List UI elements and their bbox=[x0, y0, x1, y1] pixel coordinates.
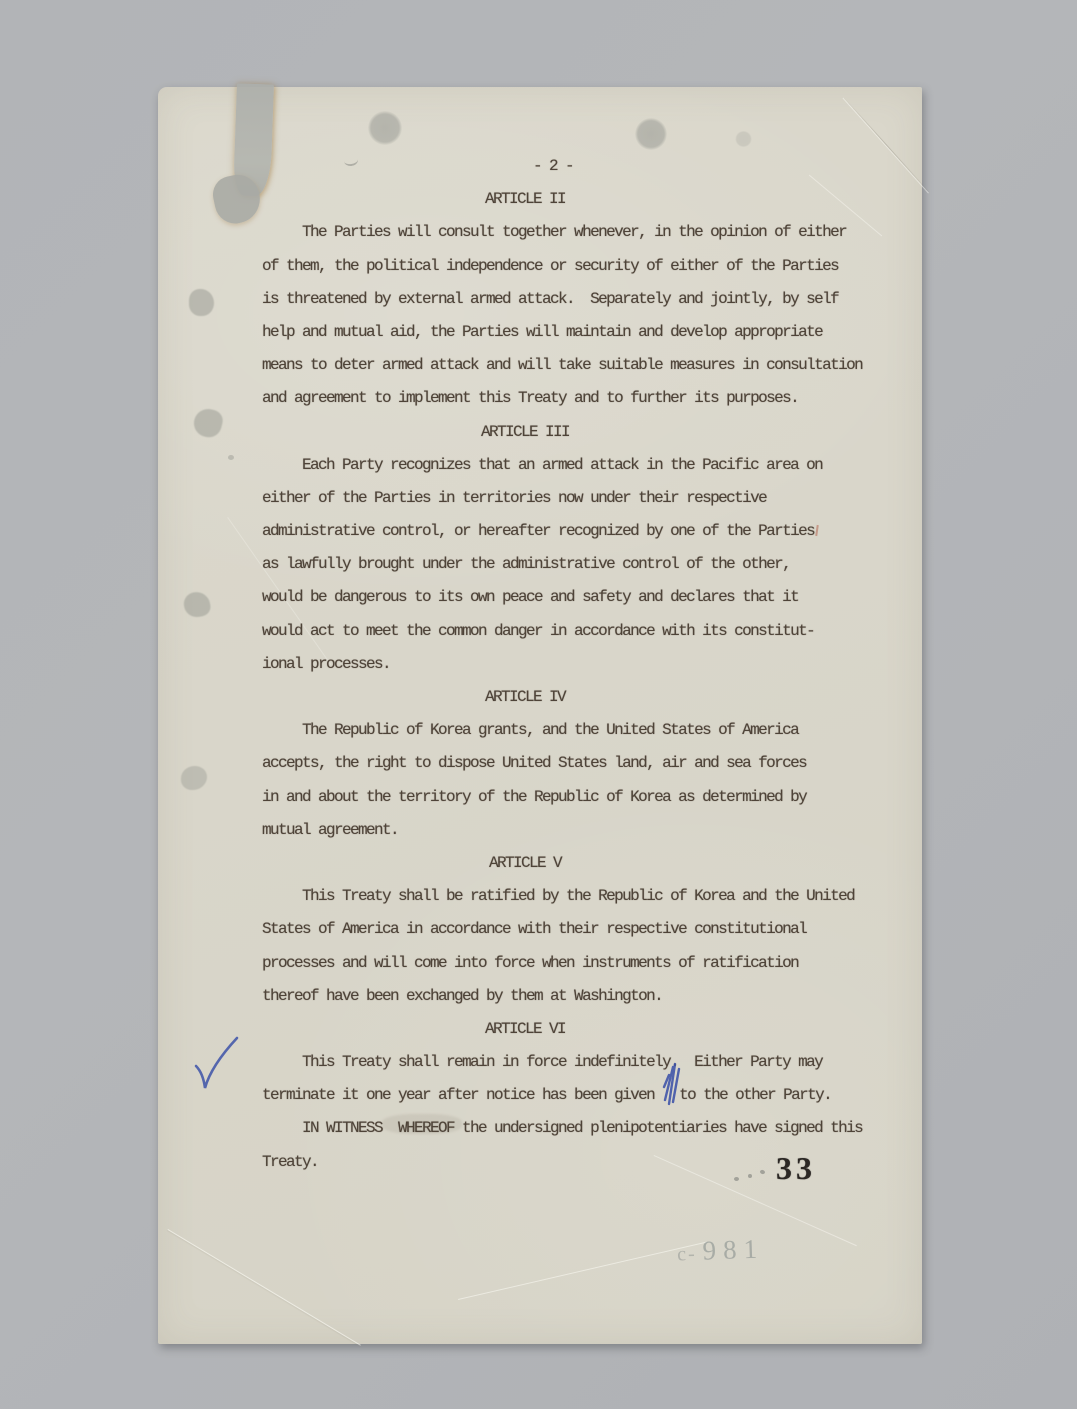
text-line: of them, the political independence or s… bbox=[158, 250, 922, 283]
faint-stamp-number: 981 bbox=[702, 1233, 765, 1265]
document-page: - 2 - ARTICLE II The Parties will consul… bbox=[158, 87, 922, 1344]
small-smudge bbox=[735, 131, 752, 147]
article-iii-heading: ARTICLE III bbox=[158, 416, 922, 449]
text-line: in and about the territory of the Republ… bbox=[158, 781, 922, 814]
text-line: means to deter armed attack and will tak… bbox=[158, 349, 922, 382]
faint-stamp-prefix: c- bbox=[677, 1243, 697, 1266]
text-line: States of America in accordance with the… bbox=[158, 913, 922, 946]
text-line: The Parties will consult together whenev… bbox=[158, 216, 922, 249]
text-line-with-ink-mark: terminate it one year after notice has b… bbox=[158, 1079, 922, 1112]
text-line: either of the Parties in territories now… bbox=[158, 482, 922, 515]
text-line: help and mutual aid, the Parties will ma… bbox=[158, 316, 922, 349]
crease-line bbox=[167, 1229, 360, 1346]
text-line: This Treaty shall remain in force indefi… bbox=[158, 1046, 922, 1079]
punch-hole-left bbox=[368, 111, 402, 145]
typewritten-text-column: - 2 - ARTICLE II The Parties will consul… bbox=[158, 150, 922, 1179]
text-line: mutual agreement. bbox=[158, 814, 922, 847]
blue-ink-scribble-icon bbox=[660, 1060, 684, 1106]
text-line: would be dangerous to its own peace and … bbox=[158, 581, 922, 614]
text-line: would act to meet the common danger in a… bbox=[158, 615, 922, 648]
terminate-text-after: to the other Party. bbox=[679, 1086, 831, 1104]
article-vi-heading: ARTICLE VI bbox=[158, 1013, 922, 1046]
faint-number-stamp: c-981 bbox=[676, 1233, 764, 1267]
ink-scribble-anchor bbox=[662, 1098, 679, 1099]
page-number-header: - 2 - bbox=[158, 150, 922, 183]
text-line: Each Party recognizes that an armed atta… bbox=[158, 449, 922, 482]
text-line: as lawfully brought under the administra… bbox=[158, 548, 922, 581]
pencil-dots bbox=[734, 1169, 774, 1183]
article-iv-heading: ARTICLE IV bbox=[158, 681, 922, 714]
article-ii-heading: ARTICLE II bbox=[158, 183, 922, 216]
text-line: This Treaty shall be ratified by the Rep… bbox=[158, 880, 922, 913]
page-number-stamp: 33 bbox=[776, 1150, 816, 1187]
text-line: ional processes. bbox=[158, 648, 922, 681]
blue-checkmark-icon bbox=[192, 1035, 242, 1097]
scanner-background: - 2 - ARTICLE II The Parties will consul… bbox=[0, 0, 1077, 1409]
article-v-heading: ARTICLE V bbox=[158, 847, 922, 880]
punch-hole-right bbox=[635, 118, 667, 150]
text-line: processes and will come into force when … bbox=[158, 947, 922, 980]
text-line: thereof have been exchanged by them at W… bbox=[158, 980, 922, 1013]
text-line: is threatened by external armed attack. … bbox=[158, 283, 922, 316]
terminate-text-before: terminate it one year after notice has b… bbox=[262, 1086, 662, 1104]
text-line: accepts, the right to dispose United Sta… bbox=[158, 747, 922, 780]
text-line: and agreement to implement this Treaty a… bbox=[158, 382, 922, 415]
crease-line bbox=[458, 1242, 707, 1300]
text-line: The Republic of Korea grants, and the Un… bbox=[158, 714, 922, 747]
text-line: administrative control, or hereafter rec… bbox=[158, 515, 922, 548]
closing-line: IN WITNESS WHEREOF the undersigned pleni… bbox=[158, 1112, 922, 1145]
